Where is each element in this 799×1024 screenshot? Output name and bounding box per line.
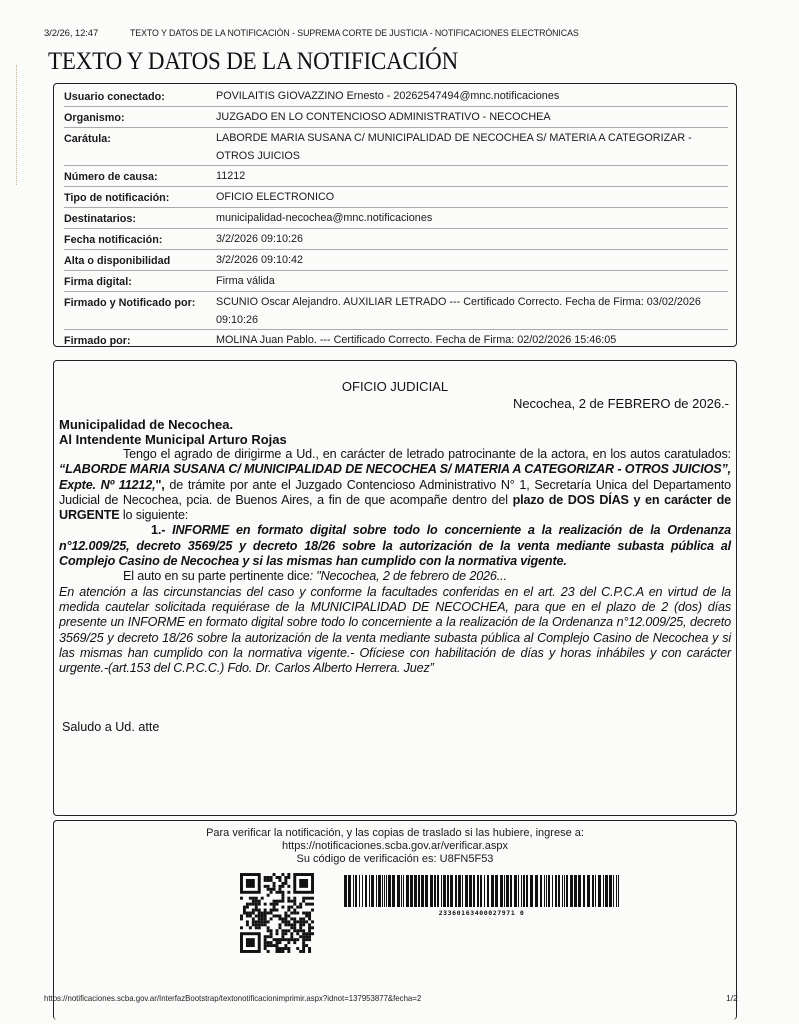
addressee-entity: Municipalidad de Necochea. xyxy=(59,417,731,432)
field-value: MOLINA Juan Pablo. --- Certificado Corre… xyxy=(216,330,728,350)
paragraph-auto-quote: En atención a las circunstancias del cas… xyxy=(59,585,731,677)
text: Tengo el agrado de dirigirme a Ud., en c… xyxy=(123,447,731,461)
oficio-place-date: Necochea, 2 de FEBRERO de 2026.- xyxy=(59,396,731,411)
notification-data-table: Usuario conectado:POVILAITIS GIOVAZZINO … xyxy=(53,83,737,347)
field-value: JUZGADO EN LO CONTENCIOSO ADMINISTRATIVO… xyxy=(216,107,728,127)
print-title: TEXTO Y DATOS DE LA NOTIFICACIÓN - SUPRE… xyxy=(130,28,579,39)
paragraph-request: Tengo el agrado de dirigirme a Ud., en c… xyxy=(59,447,731,523)
print-footer-url: https://notificaciones.scba.gov.ar/Inter… xyxy=(44,993,421,1003)
field-label: Alta o disponibilidad xyxy=(64,250,216,270)
field-value: 3/2/2026 09:10:26 xyxy=(216,229,728,249)
field-row: Firmado por:MOLINA Juan Pablo. --- Certi… xyxy=(64,330,728,350)
field-row: Organismo:JUZGADO EN LO CONTENCIOSO ADMI… xyxy=(64,107,728,128)
field-row: Alta o disponibilidad3/2/2026 09:10:42 xyxy=(64,250,728,271)
verification-url[interactable]: https://notificaciones.scba.gov.ar/verif… xyxy=(54,840,736,853)
field-label: Firmado y Notificado por: xyxy=(64,292,216,329)
field-label: Usuario conectado: xyxy=(64,86,216,106)
field-value: POVILAITIS GIOVAZZINO Ernesto - 20262547… xyxy=(216,86,728,106)
field-row: Usuario conectado:POVILAITIS GIOVAZZINO … xyxy=(64,86,728,107)
field-value: Firma válida xyxy=(216,271,728,291)
verification-instructions: Para verificar la notificación, y las co… xyxy=(54,827,736,840)
addressee-person: Al Intendente Municipal Arturo Rojas xyxy=(59,432,731,447)
field-value: 3/2/2026 09:10:42 xyxy=(216,250,728,270)
field-label: Número de causa: xyxy=(64,166,216,186)
field-label: Tipo de notificación: xyxy=(64,187,216,207)
field-row: Carátula:LABORDE MARIA SUSANA C/ MUNICIP… xyxy=(64,128,728,166)
field-label: Organismo: xyxy=(64,107,216,127)
text: : "Necochea, 2 de febrero de 2026... xyxy=(310,569,507,583)
field-label: Firma digital: xyxy=(64,271,216,291)
closing: Saludo a Ud. atte xyxy=(62,720,731,734)
page-title: TEXTO Y DATOS DE LA NOTIFICACIÓN xyxy=(48,48,458,76)
text: ", xyxy=(155,478,169,492)
field-row: Firmado y Notificado por:SCUNIO Oscar Al… xyxy=(64,292,728,330)
field-row: Número de causa:11212 xyxy=(64,166,728,187)
field-value: 11212 xyxy=(216,166,728,186)
field-label: Destinatarios: xyxy=(64,208,216,228)
requested-item-1: 1.- INFORME en formato digital sobre tod… xyxy=(59,523,731,569)
scan-edge xyxy=(16,65,18,185)
item-number: 1.- xyxy=(151,523,172,537)
field-label: Firmado por: xyxy=(64,330,216,350)
field-value: SCUNIO Oscar Alejandro. AUXILIAR LETRADO… xyxy=(216,292,728,329)
oficio-judicial: OFICIO JUDICIAL Necochea, 2 de FEBRERO d… xyxy=(53,360,737,816)
paragraph-auto-intro: El auto en su parte pertinente dice: "Ne… xyxy=(59,569,731,584)
text: lo siguiente: xyxy=(120,508,189,522)
field-row: Destinatarios:municipalidad-necochea@mnc… xyxy=(64,208,728,229)
field-value: OFICIO ELECTRONICO xyxy=(216,187,728,207)
barcode-icon xyxy=(344,875,619,907)
field-value: LABORDE MARIA SUSANA C/ MUNICIPALIDAD DE… xyxy=(216,128,728,165)
field-value: municipalidad-necochea@mnc.notificacione… xyxy=(216,208,728,228)
verification-code: Su código de verificación es: U8FN5F53 xyxy=(54,853,736,866)
qr-code-icon xyxy=(240,873,314,953)
page-number: 1/2 xyxy=(726,993,738,1003)
field-row: Tipo de notificación:OFICIO ELECTRONICO xyxy=(64,187,728,208)
field-label: Fecha notificación: xyxy=(64,229,216,249)
print-datetime: 3/2/26, 12:47 xyxy=(44,28,98,39)
field-row: Firma digital:Firma válida xyxy=(64,271,728,292)
barcode-number: 23360163400027971 0 xyxy=(344,909,619,917)
field-label: Carátula: xyxy=(64,128,216,165)
verification-box: Para verificar la notificación, y las co… xyxy=(53,820,737,1020)
field-row: Fecha notificación:3/2/2026 09:10:26 xyxy=(64,229,728,250)
oficio-title: OFICIO JUDICIAL xyxy=(59,379,731,394)
text: El auto en su parte pertinente dice xyxy=(123,569,310,583)
